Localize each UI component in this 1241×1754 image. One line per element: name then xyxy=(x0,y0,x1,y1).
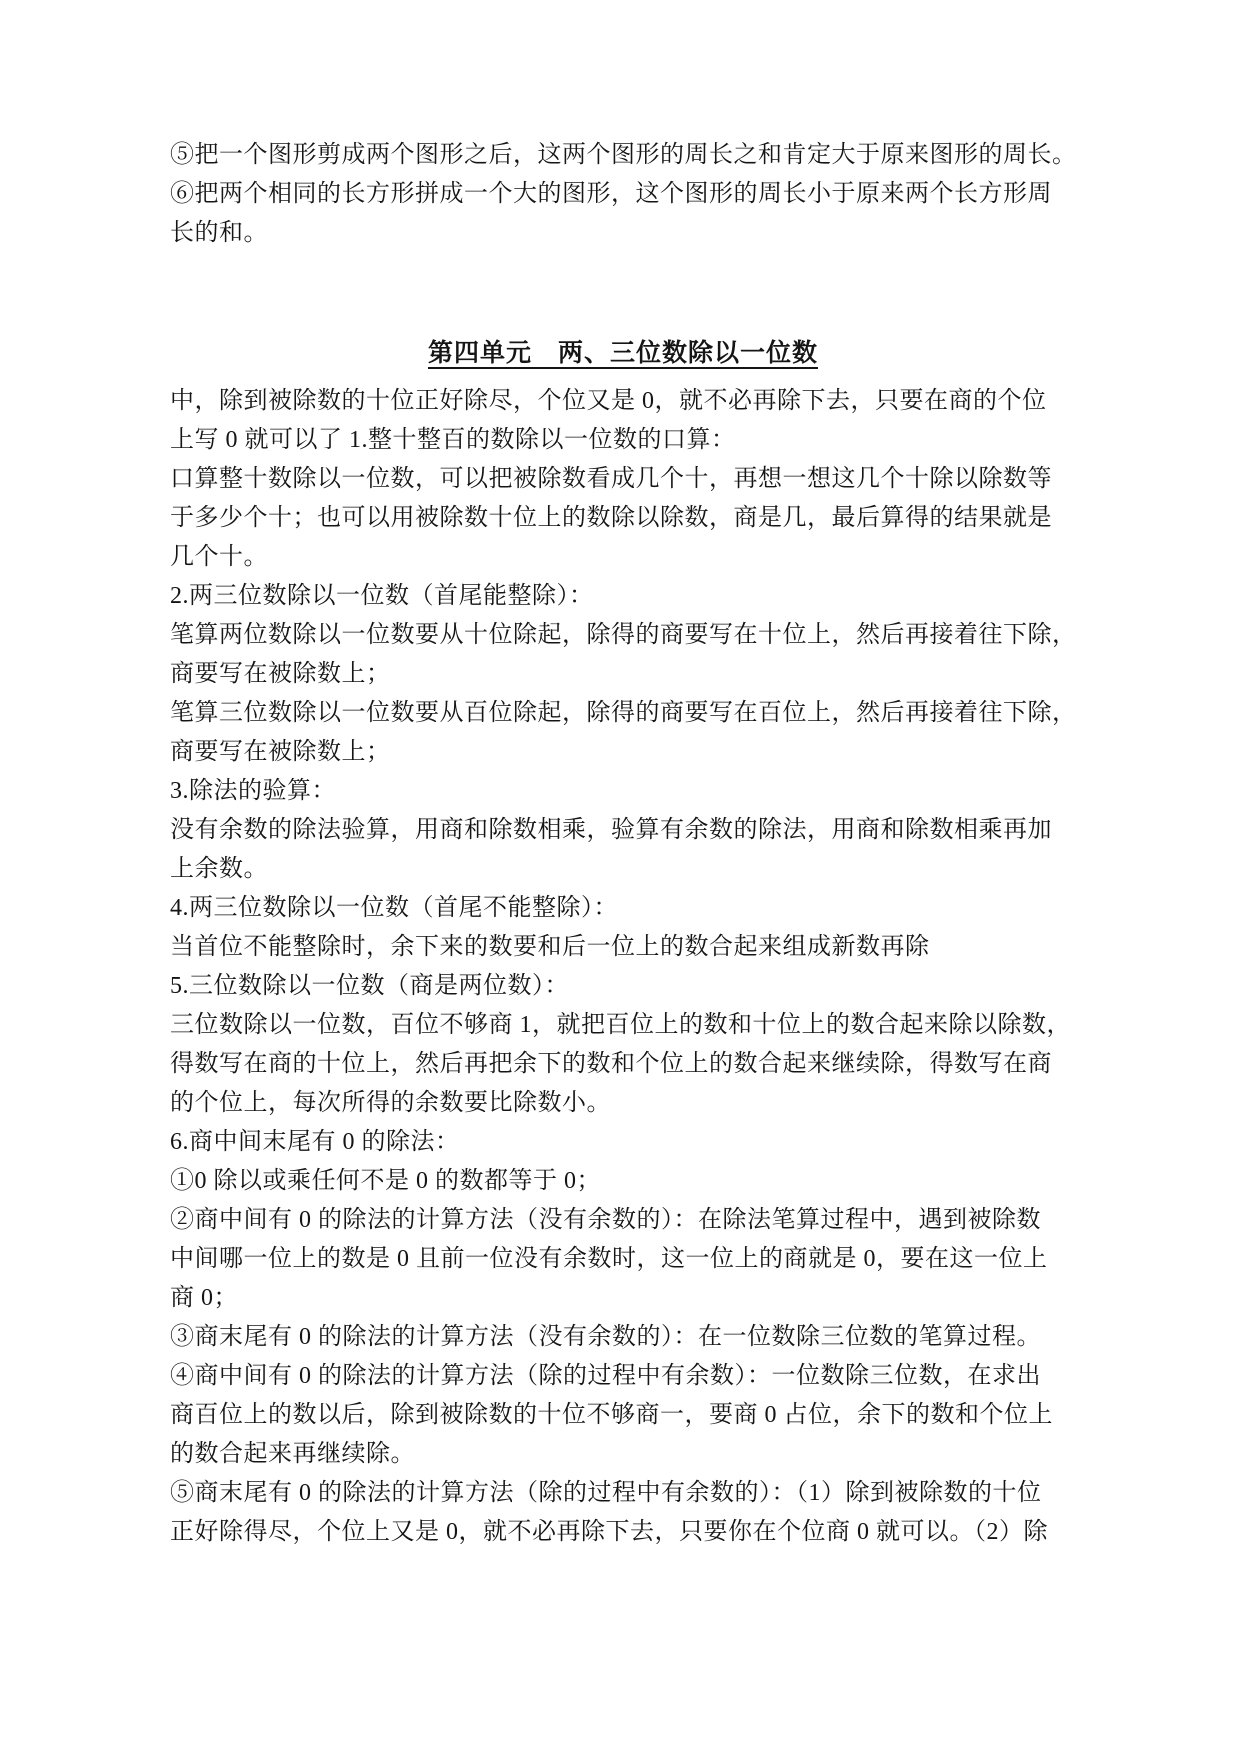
text-line: 笔算两位数除以一位数要从十位除起，除得的商要写在十位上，然后再接着往下除， xyxy=(170,616,1076,655)
text-line: 得数写在商的十位上，然后再把余下的数和个位上的数合起来继续除，得数写在商 xyxy=(170,1045,1076,1084)
text-line: 于多少个十；也可以用被除数十位上的数除以除数，商是几，最后算得的结果就是 xyxy=(170,499,1076,538)
text-line: 中，除到被除数的十位正好除尽，个位又是 0，就不必再除下去，只要在商的个位 xyxy=(170,382,1076,421)
text-line: 商 0； xyxy=(170,1279,1076,1318)
text-line: 口算整十数除以一位数，可以把被除数看成几个十，再想一想这几个十除以除数等 xyxy=(170,460,1076,499)
section-body: 中，除到被除数的十位正好除尽，个位又是 0，就不必再除下去，只要在商的个位上写 … xyxy=(170,382,1076,1552)
text-line: 的数合起来再继续除。 xyxy=(170,1435,1076,1474)
text-line: 商要写在被除数上； xyxy=(170,655,1076,694)
text-line: 中间哪一位上的数是 0 且前一位没有余数时，这一位上的商就是 0，要在这一位上 xyxy=(170,1240,1076,1279)
section-heading: 第四单元 两、三位数除以一位数 xyxy=(170,332,1076,374)
text-line: ③商末尾有 0 的除法的计算方法（没有余数的）：在一位数除三位数的笔算过程。 xyxy=(170,1318,1076,1357)
section-heading-text: 第四单元 两、三位数除以一位数 xyxy=(428,339,818,367)
text-line: ⑥把两个相同的长方形拼成一个大的图形，这个图形的周长小于原来两个长方形周 xyxy=(170,175,1076,214)
text-line: ②商中间有 0 的除法的计算方法（没有余数的）：在除法笔算过程中，遇到被除数 xyxy=(170,1201,1076,1240)
text-line: 上写 0 就可以了 1.整十整百的数除以一位数的口算： xyxy=(170,421,1076,460)
text-line: 商要写在被除数上； xyxy=(170,733,1076,772)
text-line: 当首位不能整除时，余下来的数要和后一位上的数合起来组成新数再除 xyxy=(170,928,1076,967)
text-line: 2.两三位数除以一位数（首尾能整除）： xyxy=(170,577,1076,616)
text-line: 的个位上，每次所得的余数要比除数小。 xyxy=(170,1084,1076,1123)
text-line: ④商中间有 0 的除法的计算方法（除的过程中有余数）：一位数除三位数，在求出 xyxy=(170,1357,1076,1396)
text-line: ①0 除以或乘任何不是 0 的数都等于 0； xyxy=(170,1162,1076,1201)
text-line: 6.商中间末尾有 0 的除法： xyxy=(170,1123,1076,1162)
text-line: 4.两三位数除以一位数（首尾不能整除）： xyxy=(170,889,1076,928)
text-line: 笔算三位数除以一位数要从百位除起，除得的商要写在百位上，然后再接着往下除， xyxy=(170,694,1076,733)
text-line: 正好除得尽，个位上又是 0，就不必再除下去，只要你在个位商 0 就可以。（2）除 xyxy=(170,1513,1076,1552)
text-line: 几个十。 xyxy=(170,538,1076,577)
intro-paragraphs: ⑤把一个图形剪成两个图形之后，这两个图形的周长之和肯定大于原来图形的周长。⑥把两… xyxy=(170,136,1076,253)
text-line: 三位数除以一位数，百位不够商 1，就把百位上的数和十位上的数合起来除以除数， xyxy=(170,1006,1076,1045)
text-line: ⑤商末尾有 0 的除法的计算方法（除的过程中有余数的）：（1）除到被除数的十位 xyxy=(170,1474,1076,1513)
document-page: ⑤把一个图形剪成两个图形之后，这两个图形的周长之和肯定大于原来图形的周长。⑥把两… xyxy=(0,0,1241,1754)
text-line: ⑤把一个图形剪成两个图形之后，这两个图形的周长之和肯定大于原来图形的周长。 xyxy=(170,136,1076,175)
text-line: 上余数。 xyxy=(170,850,1076,889)
text-line: 3.除法的验算： xyxy=(170,772,1076,811)
text-line: 商百位上的数以后，除到被除数的十位不够商一，要商 0 占位，余下的数和个位上 xyxy=(170,1396,1076,1435)
text-line: 5.三位数除以一位数（商是两位数）： xyxy=(170,967,1076,1006)
text-line: 长的和。 xyxy=(170,214,1076,253)
page-content: ⑤把一个图形剪成两个图形之后，这两个图形的周长之和肯定大于原来图形的周长。⑥把两… xyxy=(170,136,1076,1552)
text-line: 没有余数的除法验算，用商和除数相乘，验算有余数的除法，用商和除数相乘再加 xyxy=(170,811,1076,850)
